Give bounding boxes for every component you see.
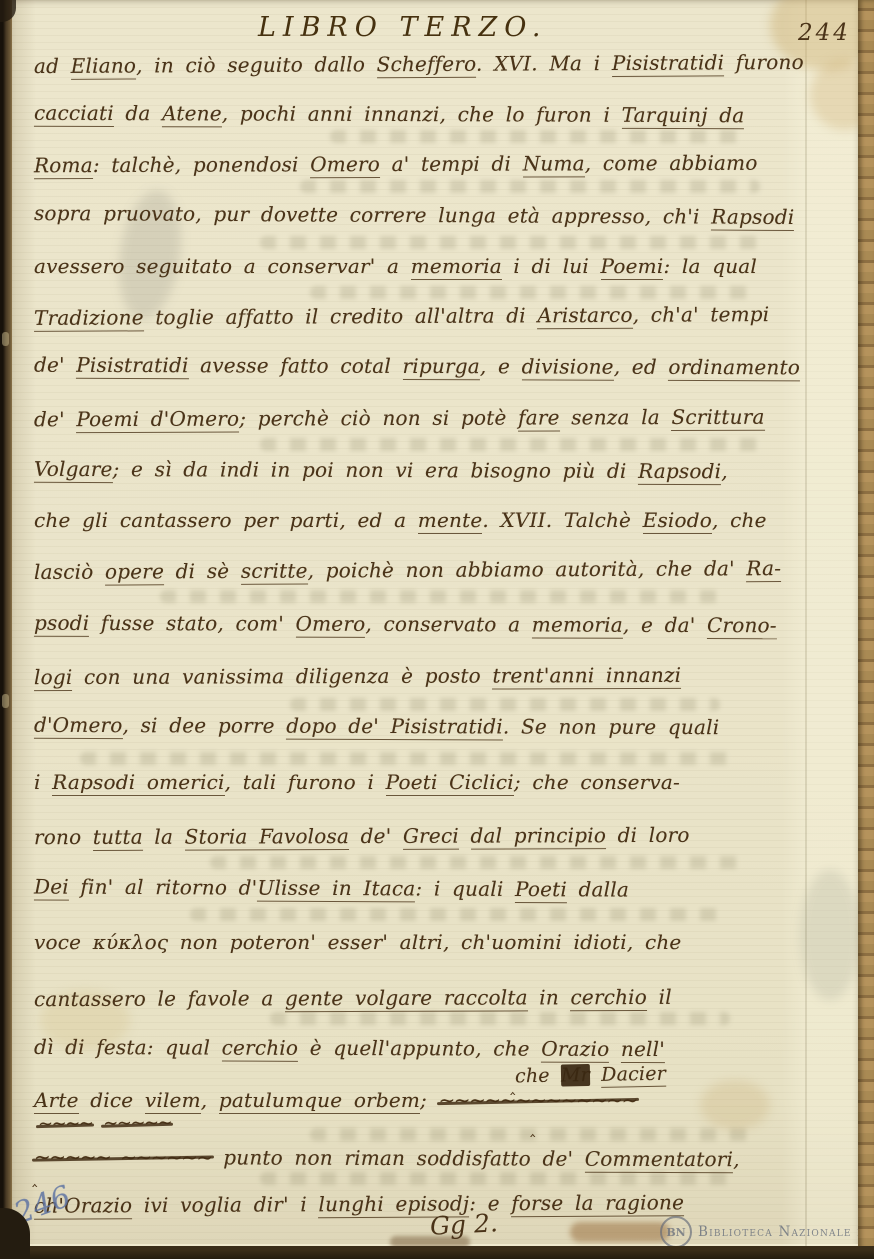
foxing-stain [700, 1080, 770, 1130]
page-block-edge [858, 0, 874, 1259]
manuscript-line: sopra pruovato, pur dovette correre lung… [34, 201, 794, 229]
folio-number: 244 [798, 20, 851, 46]
manuscript-line: ∼∼∼∼∼ ∼∼∼∼∼∼ punto non riman soddisfatto… [34, 1145, 740, 1171]
showthrough-smudge [310, 286, 750, 299]
insertion-caret: ‸ [530, 1118, 535, 1137]
manuscript-line: dì di festa: qual cerchio è quell'appunt… [34, 1035, 665, 1061]
showthrough-smudge [190, 908, 730, 921]
manuscript-line: Dei fin' al ritorno d'Ulisse in Itaca: i… [34, 874, 629, 901]
insertion-caret: ‸ [510, 1076, 515, 1095]
showthrough-smudge [270, 1012, 730, 1025]
manuscript-line: cantassero le favole a gente volgare rac… [34, 985, 672, 1011]
catchword-signature: Gg 2. [429, 1208, 498, 1241]
manuscript-line: avessero seguitato a conservar' a memori… [34, 254, 757, 278]
manuscript-line: rono tutta la Storia Favolosa de' Greci … [34, 823, 690, 849]
page-title: LIBRO TERZO. [258, 12, 547, 43]
manuscript-line: i Rapsodi omerici, tali furono i Poeti C… [34, 770, 680, 794]
showthrough-smudge [300, 180, 760, 193]
manuscript-line: de' Poemi d'Omero; perchè ciò non si pot… [34, 405, 765, 432]
showthrough-smudge [330, 130, 750, 143]
manuscript-line: cacciati da Atene, pochi anni innanzi, c… [34, 101, 744, 127]
manuscript-line: ad Eliano, in ciò seguito dallo Scheffer… [34, 50, 804, 78]
manuscript-line: Volgare; e sì da indi in poi non vi era … [34, 457, 728, 483]
manuscript-photo: LIBRO TERZO. 244 ad Eliano, in ciò segui… [0, 0, 874, 1259]
binding-stitch [2, 332, 9, 346]
showthrough-smudge [210, 856, 750, 869]
page-crease [805, 0, 807, 1247]
manuscript-line: Roma: talchè, ponendosi Omero a' tempi d… [34, 151, 758, 178]
grime-stain [570, 1222, 670, 1242]
manuscript-line: d'Omero, si dee porre dopo de' Pisistrat… [34, 713, 719, 739]
manuscript-line: Tradizione toglie affatto il credito all… [34, 302, 769, 330]
manuscript-line: logi con una vanissima diligenza è posto… [34, 663, 681, 689]
manuscript-line: psodi fusse stato, com' Omero, conservat… [34, 611, 777, 638]
manuscript-line: che Mr Dacier [515, 1063, 666, 1088]
manuscript-line: voce κύκλος non poteron' esser' altri, c… [34, 930, 681, 954]
manuscript-page: LIBRO TERZO. 244 ad Eliano, in ciò segui… [10, 0, 858, 1247]
manuscript-line: ∼∼∼∼ ∼∼∼∼∼ [38, 1112, 171, 1134]
ink-smudge [800, 870, 860, 1000]
showthrough-smudge [260, 438, 760, 451]
showthrough-smudge [260, 1172, 740, 1185]
manuscript-line: de' Pisistratidi avesse fatto cotal ripu… [34, 353, 800, 380]
bnn-monogram-icon: BN [660, 1216, 692, 1248]
showthrough-smudge [80, 752, 740, 765]
showthrough-smudge [290, 698, 720, 711]
library-stamp-label: Biblioteca Nazionale di Napoli [698, 1224, 874, 1240]
book-bottom-edge [0, 1246, 874, 1259]
binding-edge [0, 0, 12, 1259]
binding-stitch [2, 694, 9, 708]
library-stamp: BN Biblioteca Nazionale di Napoli [660, 1216, 874, 1248]
showthrough-smudge [160, 590, 720, 603]
insertion-caret: ‸ [32, 1168, 37, 1187]
manuscript-line: ch'Orazio ivi voglia dir' i lunghi episo… [34, 1190, 684, 1217]
manuscript-line: che gli cantassero per parti, ed a mente… [34, 508, 767, 532]
manuscript-line: Arte dice vilem, patulumque orbem; ∼∼∼∼∼… [34, 1088, 637, 1112]
manuscript-line: lasciò opere di sè scritte, poichè non a… [34, 556, 781, 584]
showthrough-smudge [260, 236, 760, 249]
